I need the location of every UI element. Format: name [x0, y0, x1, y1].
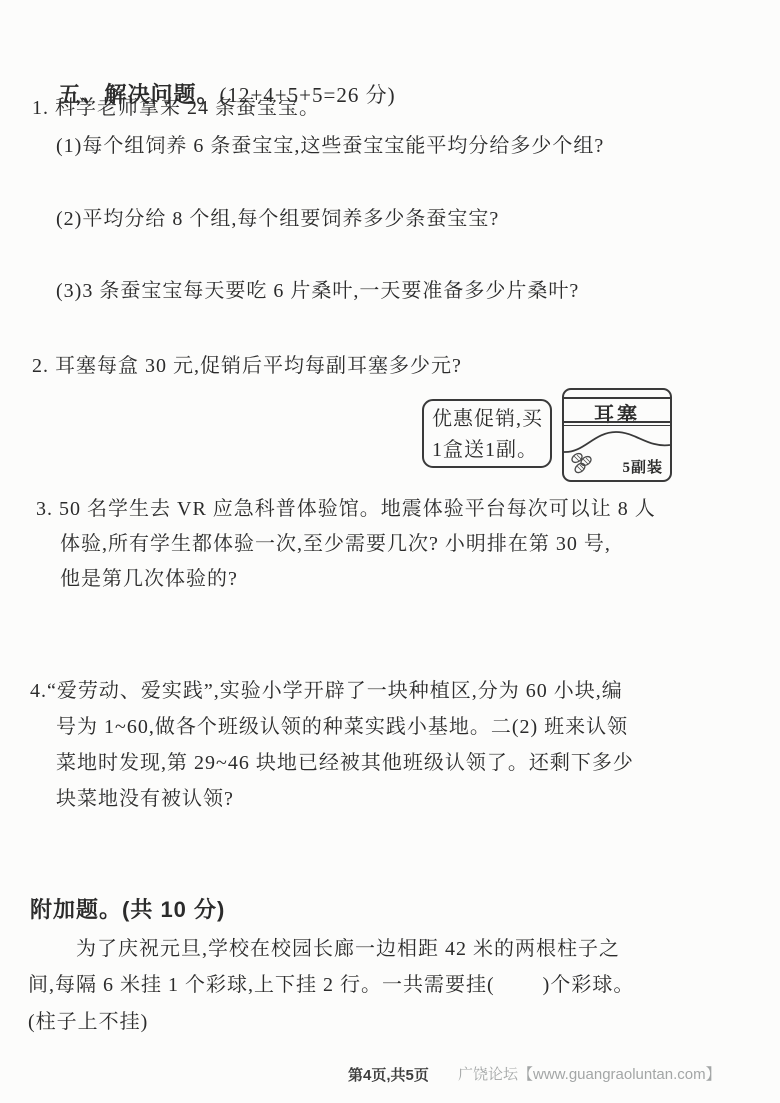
worksheet-page: 五、解决问题。(12+4+5+5=26 分) 1. 科学老师拿来 24 条蚕宝宝… — [0, 0, 780, 1103]
bonus-line2: 间,每隔 6 米挂 1 个彩球,上下挂 2 行。一共需要挂( )个彩球。 — [28, 968, 634, 997]
problem4-line1: 4.“爱劳动、爱实践”,实验小学开辟了一块种植区,分为 60 小块,编 — [30, 674, 623, 703]
earplug-package-box: 耳塞 5副装 — [562, 388, 672, 482]
earplugs-icon — [569, 452, 599, 476]
bonus-line3: (柱子上不挂) — [28, 1005, 148, 1034]
problem1-sub1: (1)每个组饲养 6 条蚕宝宝,这些蚕宝宝能平均分给多少个组? — [56, 129, 604, 158]
problem1-stem: 1. 科学老师拿来 24 条蚕宝宝。 — [32, 91, 320, 120]
problem3-line2: 体验,所有学生都体验一次,至少需要几次? 小明排在第 30 号, — [60, 527, 611, 556]
problem1-sub2: (2)平均分给 8 个组,每个组要饲养多少条蚕宝宝? — [56, 202, 499, 231]
promo-line1: 优惠促销,买 — [432, 404, 550, 435]
footer-watermark: 广饶论坛【www.guangraoluntan.com】 — [458, 1063, 721, 1084]
footer-page-number: 第4页,共5页 — [348, 1064, 429, 1085]
problem3-line1: 3. 50 名学生去 VR 应急科普体验馆。地震体验平台每次可以让 8 人 — [36, 492, 656, 521]
problem4-line2: 号为 1~60,做各个班级认领的种菜实践小基地。二(2) 班来认领 — [56, 710, 628, 739]
promo-box: 优惠促销,买 1盒送1副。 — [422, 399, 552, 468]
bonus-line1: 为了庆祝元旦,学校在校园长廊一边相距 42 米的两根柱子之 — [76, 932, 620, 961]
problem3-line3: 他是第几次体验的? — [60, 562, 238, 591]
bonus-title: 附加题。(共 10 分) — [30, 893, 225, 924]
package-spec-label: 5副装 — [622, 456, 663, 477]
problem1-sub3: (3)3 条蚕宝宝每天要吃 6 片桑叶,一天要准备多少片桑叶? — [56, 274, 579, 303]
package-divider-line — [564, 421, 670, 423]
problem2-stem: 2. 耳塞每盒 30 元,促销后平均每副耳塞多少元? — [32, 349, 462, 378]
promo-line2: 1盒送1副。 — [432, 435, 550, 466]
problem4-line3: 菜地时发现,第 29~46 块地已经被其他班级认领了。还剩下多少 — [56, 746, 634, 775]
package-divider-line-2 — [564, 425, 670, 426]
problem4-line4: 块菜地没有被认领? — [56, 782, 234, 811]
